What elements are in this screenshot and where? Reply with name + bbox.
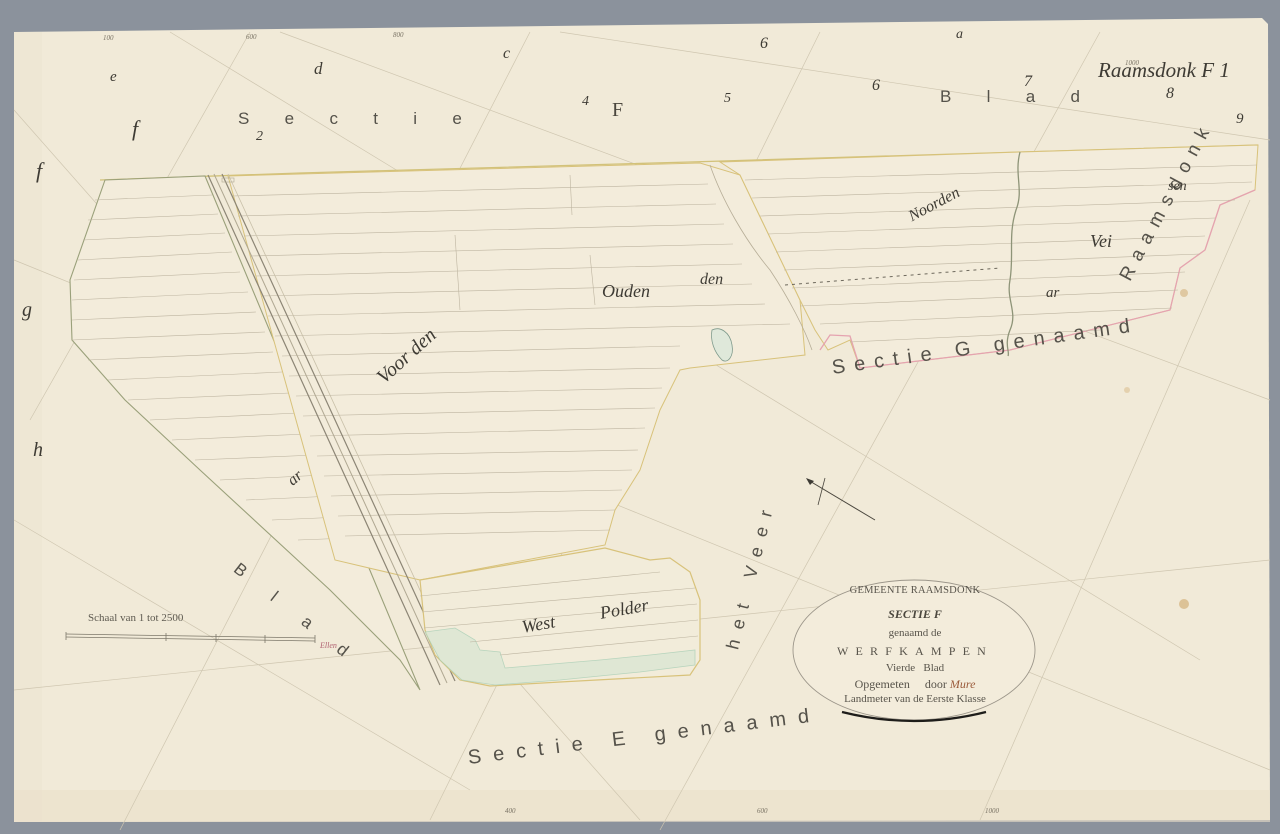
label-top-sectie: S e c t i e xyxy=(238,110,477,127)
cartouche-named-prefix: genaamd de xyxy=(793,628,1037,639)
grid-letter-a: a xyxy=(956,28,963,42)
field-sen: sen xyxy=(1168,180,1187,194)
field-vei: Vei xyxy=(1090,232,1112,250)
map-stage: Raamsdonk F 1 S e c t i e F B l a d Sect… xyxy=(0,0,1280,834)
grid-num-8: 8 xyxy=(1166,86,1174,102)
grid-letter-f-left: f xyxy=(36,160,42,182)
cartouche-section: SECTIE F xyxy=(793,608,1037,620)
label-top-blad: B l a d xyxy=(940,88,1095,105)
margin-number: 800 xyxy=(393,32,404,39)
cartouche-surveyed-label: Opgemeten door xyxy=(855,677,947,691)
cartouche-municipality: GEMEENTE RAAMSDONK xyxy=(793,586,1037,597)
cadastral-map-drawing xyxy=(0,0,1280,834)
cartouche-surveyed-by: Opgemeten door Mure xyxy=(793,678,1037,690)
label-top-sectie-letter: F xyxy=(612,100,623,120)
field-ouden: Ouden xyxy=(602,282,650,300)
margin-number: 1000 xyxy=(985,808,999,815)
grid-num-5: 5 xyxy=(724,92,731,106)
grid-letter-e: e xyxy=(110,70,117,85)
margin-number: 100 xyxy=(103,35,114,42)
grid-num-4: 4 xyxy=(582,95,589,109)
cartouche-sheet: Vierde Blad xyxy=(793,663,1037,674)
margin-number: 400 xyxy=(505,808,516,815)
field-den: den xyxy=(700,272,723,288)
cartouche: GEMEENTE RAAMSDONK SECTIE F genaamd de W… xyxy=(793,578,1037,724)
cartouche-section-name: WERFKAMPEN xyxy=(793,645,1037,657)
field-ar: ar xyxy=(1046,286,1059,301)
grid-num-2: 2 xyxy=(256,130,263,144)
cartouche-surveyor-title: Landmeter van de Eerste Klasse xyxy=(793,694,1037,705)
grid-letter-h: h xyxy=(33,440,43,460)
grid-num-9: 9 xyxy=(1236,112,1244,127)
grid-letter-d: d xyxy=(314,60,323,77)
grid-letter-f: f xyxy=(132,118,138,140)
corner-title: Raamsdonk F 1 xyxy=(1098,60,1230,81)
grid-letter-g: g xyxy=(22,300,32,320)
margin-number: 600 xyxy=(246,34,257,41)
grid-letter-c: c xyxy=(503,46,510,62)
cartouche-signature: Mure xyxy=(950,677,976,691)
grid-num-6-top: 6 xyxy=(760,36,768,52)
scale-unit: Ellen xyxy=(320,642,337,650)
grid-num-6: 6 xyxy=(872,78,880,94)
margin-number: 600 xyxy=(757,808,768,815)
scale-label: Schaal van 1 tot 2500 xyxy=(88,613,183,624)
margin-number: 1000 xyxy=(1125,60,1139,67)
grid-num-7: 7 xyxy=(1024,74,1032,90)
